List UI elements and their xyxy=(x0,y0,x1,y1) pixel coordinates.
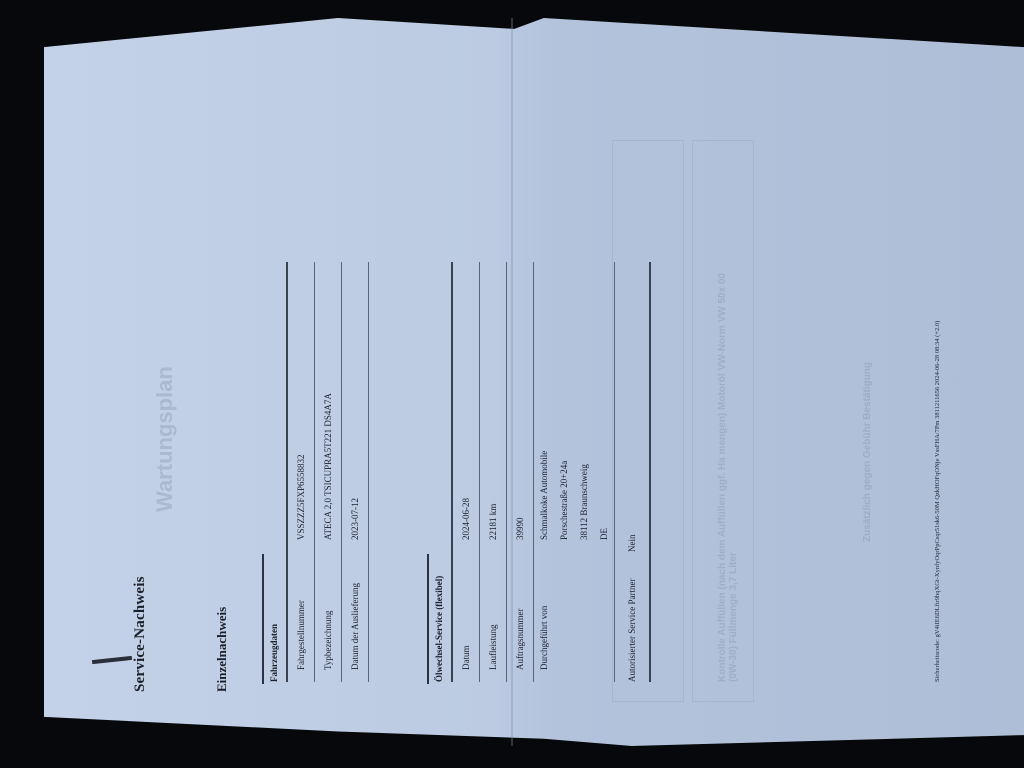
page-footer: Sicherheitscode: gV4iIE6DLftr9hqXGt-Xynf… xyxy=(934,0,941,682)
table-row: Datum 2024-06-28 xyxy=(453,262,480,682)
ghost-note: Kontrolle Auffüllen (nach dem Auffüllen … xyxy=(717,262,739,682)
vehicle-heading: Fahrzeugdaten xyxy=(269,552,279,682)
table-row: 38112 Braunschweig xyxy=(574,262,594,682)
service-heading: Ölwechsel-Service (flexibel) xyxy=(434,482,444,682)
mileage-label: Laufleistung xyxy=(488,540,498,682)
order-number-value: 39990 xyxy=(515,262,525,540)
order-number-label: Auftragsnummer xyxy=(515,540,525,682)
ghost-heading: Wartungsplan xyxy=(152,366,178,512)
table-row: Auftragsnummer 39990 xyxy=(507,262,534,682)
dealer-city: 38112 Braunschweig xyxy=(579,262,589,540)
dealer-name: Schmalkoke Automobile xyxy=(539,262,549,540)
table-heading: Fahrzeugdaten xyxy=(262,262,288,682)
performed-by-label: Durchgeführt von xyxy=(539,540,549,682)
mileage-value: 22181 km xyxy=(488,262,498,540)
ghost-footer-note: Zusätzlich gegen Gebühr Bestätigung xyxy=(862,362,873,542)
delivery-date-label: Datum der Auslieferung xyxy=(350,540,360,682)
heading-bar xyxy=(262,554,264,684)
table-row: Fahrgestellnummer VSSZZZ5FXP6558832 xyxy=(288,262,315,682)
vin-label: Fahrgestellnummer xyxy=(296,540,306,682)
table-row: Porschestraße 20+24a xyxy=(554,262,574,682)
vin-value: VSSZZZ5FXP6558832 xyxy=(296,262,306,540)
dealer-country: DE xyxy=(599,262,609,540)
table-row: Datum der Auslieferung 2023-07-12 xyxy=(342,262,369,682)
staple-mark xyxy=(92,656,132,664)
type-label: Typbezeichnung xyxy=(323,540,333,682)
ghost-box xyxy=(612,140,684,702)
table-row: Durchgeführt von Schmalkoke Automobile xyxy=(534,262,554,682)
table-row: Laufleistung 22181 km xyxy=(480,262,507,682)
dealer-street: Porschestraße 20+24a xyxy=(559,262,569,540)
vehicle-data-table: Fahrzeugdaten Fahrgestellnummer VSSZZZ5F… xyxy=(262,262,369,682)
delivery-date-value: 2023-07-12 xyxy=(350,262,360,540)
type-value: ATECA 2,0 TSICUPRA5T221 DS4A7A xyxy=(323,262,333,540)
date-label: Datum xyxy=(461,540,471,682)
heading-bar xyxy=(427,554,429,684)
date-value: 2024-06-28 xyxy=(461,262,471,540)
section-title: Einzelnachweis xyxy=(214,607,230,692)
service-record-page: Service-Nachweis Wartungsplan Einzelnach… xyxy=(92,62,972,742)
table-heading: Ölwechsel-Service (flexibel) xyxy=(427,262,453,682)
document-title: Service-Nachweis xyxy=(132,576,149,692)
security-code: Sicherheitscode: gV4iIE6DLftr9hqXGt-Xynf… xyxy=(934,321,941,682)
table-row: Typbezeichnung ATECA 2,0 TSICUPRA5T221 D… xyxy=(315,262,342,682)
